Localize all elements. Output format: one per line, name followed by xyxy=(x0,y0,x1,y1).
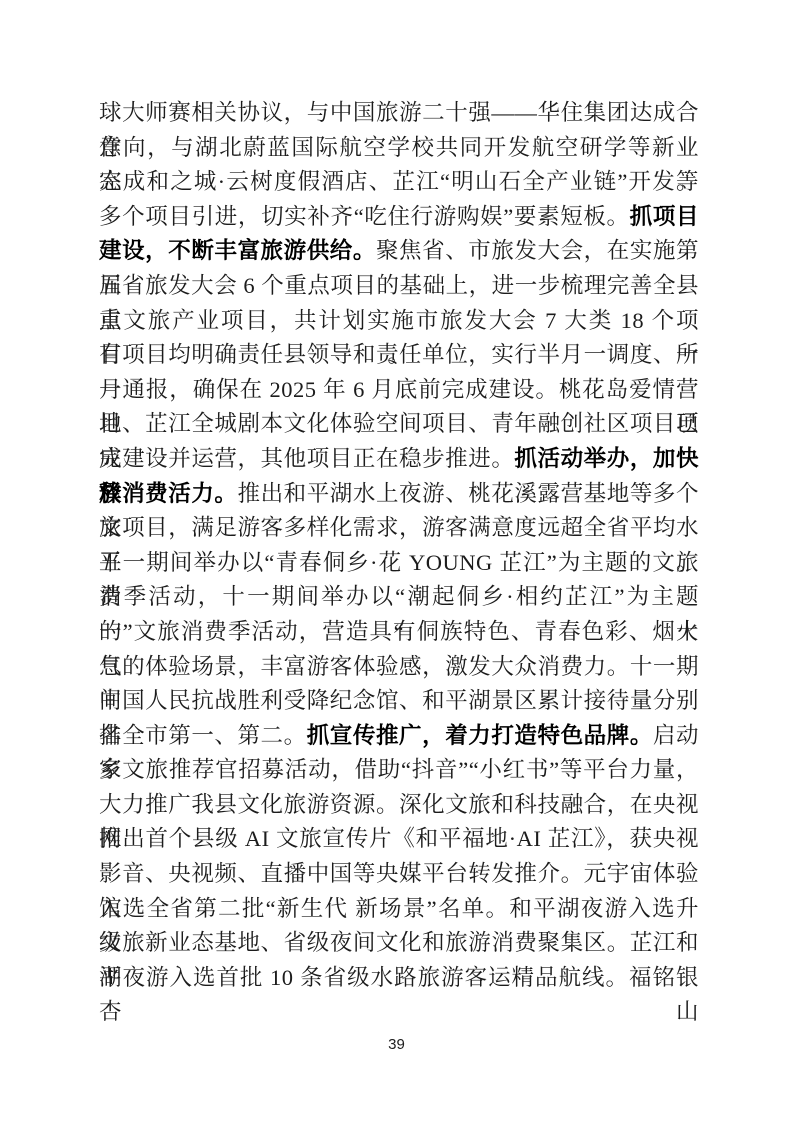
bold-heading-run: 抓项目 xyxy=(630,204,699,229)
text-run: 多个项目引进，切实补齐“吃住行游购娱”要素短板。 xyxy=(99,204,630,229)
document-page: 球大师赛相关协议，与中国旅游二十强——华住集团达成合作意向，与湖北蔚蓝国际航空学… xyxy=(0,0,793,1122)
text-line: 完成和之城·云树度假酒店、芷江“明山石全产业链”开发等 xyxy=(99,165,699,200)
text-line: 文旅新业态基地、省级夜间文化和旅游消费聚集区。芷江和平 xyxy=(99,926,699,961)
text-run: 名全市第一、第二。 xyxy=(99,723,307,748)
text-line: 一通报，确保在 2025 年 6 月底前完成建设。桃花岛爱情营地项 xyxy=(99,373,699,408)
text-line: 息的体验场景，丰富游客体验感，激发大众消费力。十一期间 xyxy=(99,650,699,685)
text-line: 中国人民抗战胜利受降纪念馆、和平湖景区累计接待量分别排 xyxy=(99,684,699,719)
text-line: 多个项目引进，切实补齐“吃住行游购娱”要素短板。抓项目 xyxy=(99,200,699,235)
text-line: 放消费活力。推出和平湖水上夜游、桃花溪露营基地等多个文 xyxy=(99,477,699,512)
text-block: 球大师赛相关协议，与中国旅游二十强——华住集团达成合作意向，与湖北蔚蓝国际航空学… xyxy=(99,96,699,995)
text-run: 乡文旅推荐官招募活动，借助“抖音”“小红书”等平台力量， xyxy=(99,757,699,782)
text-line: 入选全省第二批“新生代 新场景”名单。和平湖夜游入选升级 xyxy=(99,892,699,927)
text-run: 推出首个县级 AI 文旅宣传片《和平福地·AI 芷江》，获央视 xyxy=(99,826,699,851)
text-run: 完成和之城·云树度假酒店、芷江“明山石全产业链”开发等 xyxy=(99,169,699,194)
text-line: 推出首个县级 AI 文旅宣传片《和平福地·AI 芷江》，获央视 xyxy=(99,822,699,857)
bold-heading-run: 抓宣传推广，着力打造特色品牌。 xyxy=(307,723,653,748)
bold-heading-run: 放消费活力。 xyxy=(99,481,237,506)
page-number: 39 xyxy=(0,1036,793,1053)
text-line: 成建设并运营，其他项目正在稳步推进。抓活动举办，加快释 xyxy=(99,442,699,477)
text-line: 湖夜游入选首批 10 条省级水路旅游客运精品航线。福铭银杏山 xyxy=(99,961,699,996)
text-line: 乡文旅推荐官招募活动，借助“抖音”“小红书”等平台力量， xyxy=(99,753,699,788)
text-line: 大力推广我县文化旅游资源。深化文旅和科技融合，在央视网 xyxy=(99,788,699,823)
text-line: 影音、央视频、直播中国等央媒平台转发推介。元宇宙体验馆 xyxy=(99,857,699,892)
text-line: 届省旅发大会 6 个重点项目的基础上，进一步梳理完善全县重 xyxy=(99,269,699,304)
text-line: 名全市第一、第二。抓宣传推广，着力打造特色品牌。启动家 xyxy=(99,719,699,754)
text-line: 球大师赛相关协议，与中国旅游二十强——华住集团达成合作 xyxy=(99,96,699,131)
text-run: 湖夜游入选首批 10 条省级水路旅游客运精品航线。福铭银杏山 xyxy=(99,965,699,1025)
text-line: 费季活动，十一期间举办以“潮起侗乡·相约芷江”为主题的“十 xyxy=(99,580,699,615)
bold-heading-run: 建设，不断丰富旅游供给。 xyxy=(99,238,376,263)
text-line: 有项目均明确责任县领导和责任单位，实行半月一调度、一月 xyxy=(99,338,699,373)
text-line: 点文旅产业项目，共计划实施市旅发大会 7 大类 18 个项目。所 xyxy=(99,304,699,339)
text-run: 成建设并运营，其他项目正在稳步推进。 xyxy=(99,446,514,471)
text-line: 意向，与湖北蔚蓝国际航空学校共同开发航空研学等新业态。 xyxy=(99,131,699,166)
text-line: 一”文旅消费季活动，营造具有侗族特色、青春色彩、烟火气 xyxy=(99,615,699,650)
text-line: 目、芷江全城剧本文化体验空间项目、青年融创社区项目已完 xyxy=(99,407,699,442)
text-line: 旅项目，满足游客多样化需求，游客满意度远超全省平均水平。 xyxy=(99,511,699,546)
text-line: 建设，不断丰富旅游供给。聚焦省、市旅发大会，在实施第五 xyxy=(99,234,699,269)
text-line: 五一期间举办以“青春侗乡·花 YOUNG 芷江”为主题的文旅消 xyxy=(99,546,699,581)
